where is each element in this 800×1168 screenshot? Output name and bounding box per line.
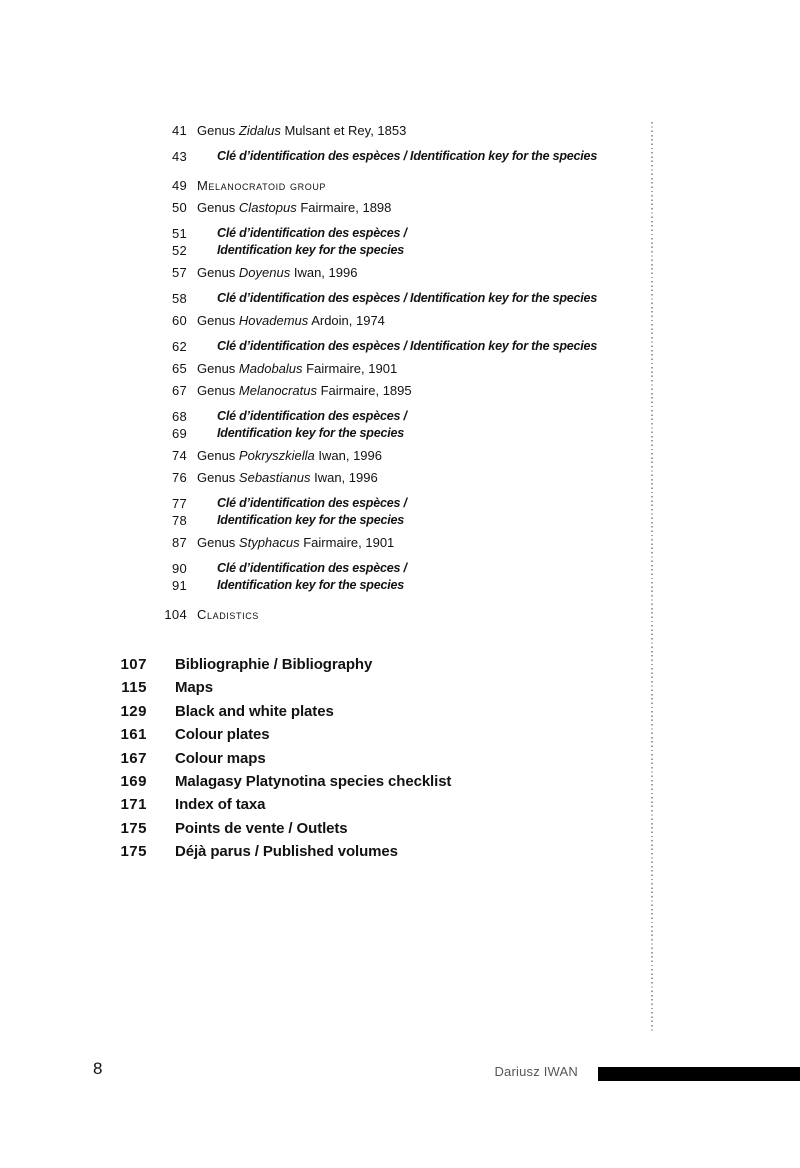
- toc-entry-genus-name: Melanocratus: [239, 383, 317, 398]
- toc-row: 74Genus Pokryszkiella Iwan, 1996: [127, 447, 627, 464]
- toc-entry-text-suffix: Iwan, 1996: [290, 265, 357, 280]
- toc-main-page-number: 167: [87, 747, 147, 770]
- toc-entry-genus-name: Zidalus: [239, 123, 281, 138]
- toc-entry-genus-name: Doyenus: [239, 265, 290, 280]
- toc-row: 69Identification key for the species: [127, 425, 627, 442]
- toc-row: 43Clé d’identification des espèces / Ide…: [127, 148, 627, 165]
- toc-entry-title: Clé d’identification des espèces /: [197, 560, 407, 577]
- toc-row: 77Clé d’identification des espèces /: [127, 495, 627, 512]
- toc-entry-title: Identification key for the species: [197, 577, 404, 594]
- toc-main-page-number: 171: [87, 793, 147, 816]
- toc-entry-text-suffix: Iwan, 1996: [310, 470, 377, 485]
- toc-main-page-number: 169: [87, 770, 147, 793]
- toc-main-page-number: 175: [87, 817, 147, 840]
- toc-entry-title: Genus Doyenus Iwan, 1996: [197, 264, 357, 281]
- toc-row: 65Genus Madobalus Fairmaire, 1901: [127, 360, 627, 377]
- toc-entry-text-prefix: Genus: [197, 535, 239, 550]
- toc-entry-page-number: 76: [127, 469, 187, 486]
- toc-row: 57Genus Doyenus Iwan, 1996: [127, 264, 627, 281]
- toc-entry-title: Genus Zidalus Mulsant et Rey, 1853: [197, 122, 406, 139]
- toc-entry-title: Genus Styphacus Fairmaire, 1901: [197, 534, 394, 551]
- toc-entry-title: Genus Melanocratus Fairmaire, 1895: [197, 382, 412, 399]
- toc-entry-page-number: 90: [127, 560, 187, 577]
- toc-row: 76Genus Sebastianus Iwan, 1996: [127, 469, 627, 486]
- toc-entry-title: Genus Clastopus Fairmaire, 1898: [197, 199, 391, 216]
- toc-entry-text-suffix: Fairmaire, 1898: [297, 200, 392, 215]
- toc-main-row: 169Malagasy Platynotina species checklis…: [87, 770, 607, 793]
- toc-row: 67Genus Melanocratus Fairmaire, 1895: [127, 382, 627, 399]
- toc-entry-text-prefix: Genus: [197, 313, 239, 328]
- toc-entry-page-number: 60: [127, 312, 187, 329]
- toc-entry-page-number: 57: [127, 264, 187, 281]
- toc-entry-title: Cladistics: [197, 606, 259, 623]
- toc-entry-title: Clé d’identification des espèces / Ident…: [197, 290, 597, 307]
- footer-author: Dariusz IWAN: [420, 1064, 578, 1079]
- toc-entry-page-number: 41: [127, 122, 187, 139]
- toc-main-page-number: 161: [87, 723, 147, 746]
- toc-entry-title: Clé d’identification des espèces /: [197, 225, 407, 242]
- toc-entry-title: Identification key for the species: [197, 242, 404, 259]
- toc-main-row: 129Black and white plates: [87, 700, 607, 723]
- toc-entry-page-number: 43: [127, 148, 187, 165]
- toc-entry-page-number: 58: [127, 290, 187, 307]
- toc-entry-genus-name: Madobalus: [239, 361, 303, 376]
- toc-main-row: 161Colour plates: [87, 723, 607, 746]
- toc-row: 62Clé d’identification des espèces / Ide…: [127, 338, 627, 355]
- toc-entry-page-number: 65: [127, 360, 187, 377]
- toc-entry-genus-name: Styphacus: [239, 535, 300, 550]
- toc-main-title: Colour maps: [175, 747, 266, 770]
- toc-entry-text-suffix: Mulsant et Rey, 1853: [281, 123, 407, 138]
- toc-entry-text-prefix: Genus: [197, 448, 239, 463]
- toc-entry-page-number: 69: [127, 425, 187, 442]
- dotted-divider-line: [651, 122, 653, 1032]
- toc-entry-text-suffix: Fairmaire, 1901: [300, 535, 395, 550]
- toc-main-list: 107Bibliographie / Bibliography115Maps12…: [87, 653, 607, 864]
- toc-entry-page-number: 62: [127, 338, 187, 355]
- toc-entry-title: Genus Hovademus Ardoin, 1974: [197, 312, 385, 329]
- toc-row: 49Melanocratoid group: [127, 177, 627, 194]
- toc-entry-title: Melanocratoid group: [197, 177, 326, 194]
- toc-entry-page-number: 68: [127, 408, 187, 425]
- toc-entry-page-number: 50: [127, 199, 187, 216]
- toc-entry-title: Genus Sebastianus Iwan, 1996: [197, 469, 378, 486]
- toc-entry-text-prefix: Genus: [197, 200, 239, 215]
- toc-main-title: Black and white plates: [175, 700, 334, 723]
- toc-main-title: Malagasy Platynotina species checklist: [175, 770, 451, 793]
- toc-entry-genus-name: Sebastianus: [239, 470, 311, 485]
- toc-row: 104Cladistics: [127, 606, 627, 623]
- toc-entry-title: Identification key for the species: [197, 425, 404, 442]
- page-number: 8: [93, 1059, 102, 1079]
- toc-row: 60Genus Hovademus Ardoin, 1974: [127, 312, 627, 329]
- toc-main-page-number: 115: [87, 676, 147, 699]
- toc-main-row: 175Points de vente / Outlets: [87, 817, 607, 840]
- toc-main-row: 107Bibliographie / Bibliography: [87, 653, 607, 676]
- toc-entry-page-number: 52: [127, 242, 187, 259]
- toc-entry-page-number: 78: [127, 512, 187, 529]
- toc-main-title: Bibliographie / Bibliography: [175, 653, 372, 676]
- toc-entry-title: Genus Pokryszkiella Iwan, 1996: [197, 447, 382, 464]
- toc-entry-text-suffix: Iwan, 1996: [315, 448, 382, 463]
- toc-entry-page-number: 87: [127, 534, 187, 551]
- toc-main-row: 171Index of taxa: [87, 793, 607, 816]
- toc-entry-text-suffix: Fairmaire, 1895: [317, 383, 412, 398]
- toc-entry-genus-name: Hovademus: [239, 313, 308, 328]
- toc-entry-page-number: 51: [127, 225, 187, 242]
- toc-entry-text-prefix: Genus: [197, 361, 239, 376]
- toc-entry-genus-name: Pokryszkiella: [239, 448, 315, 463]
- toc-row: 91Identification key for the species: [127, 577, 627, 594]
- toc-entry-page-number: 104: [127, 606, 187, 623]
- toc-entry-text-prefix: Genus: [197, 383, 239, 398]
- toc-main-row: 167Colour maps: [87, 747, 607, 770]
- toc-entry-text-suffix: Ardoin, 1974: [308, 313, 385, 328]
- toc-row: 87Genus Styphacus Fairmaire, 1901: [127, 534, 627, 551]
- toc-entry-title: Identification key for the species: [197, 512, 404, 529]
- toc-page: 41Genus Zidalus Mulsant et Rey, 185343Cl…: [0, 0, 800, 1168]
- toc-main-title: Déjà parus / Published volumes: [175, 840, 398, 863]
- toc-entry-title: Clé d’identification des espèces / Ident…: [197, 148, 597, 165]
- toc-entry-title: Clé d’identification des espèces / Ident…: [197, 338, 597, 355]
- toc-main-title: Points de vente / Outlets: [175, 817, 348, 840]
- toc-main-title: Maps: [175, 676, 213, 699]
- toc-entry-title: Clé d’identification des espèces /: [197, 495, 407, 512]
- footer-bar: [598, 1067, 800, 1081]
- toc-entry-genus-name: Clastopus: [239, 200, 297, 215]
- toc-entry-text-prefix: Genus: [197, 265, 239, 280]
- toc-main-page-number: 107: [87, 653, 147, 676]
- toc-entry-page-number: 49: [127, 177, 187, 194]
- toc-row: 50Genus Clastopus Fairmaire, 1898: [127, 199, 627, 216]
- toc-main-title: Index of taxa: [175, 793, 265, 816]
- toc-main-page-number: 129: [87, 700, 147, 723]
- toc-entry-text-prefix: Genus: [197, 123, 239, 138]
- toc-entry-text-suffix: Fairmaire, 1901: [303, 361, 398, 376]
- toc-row: 41Genus Zidalus Mulsant et Rey, 1853: [127, 122, 627, 139]
- toc-main-row: 175Déjà parus / Published volumes: [87, 840, 607, 863]
- toc-row: 68Clé d’identification des espèces /: [127, 408, 627, 425]
- toc-entry-title: Genus Madobalus Fairmaire, 1901: [197, 360, 397, 377]
- toc-entry-page-number: 74: [127, 447, 187, 464]
- toc-entry-page-number: 67: [127, 382, 187, 399]
- toc-main-row: 115Maps: [87, 676, 607, 699]
- toc-upper-list: 41Genus Zidalus Mulsant et Rey, 185343Cl…: [127, 122, 627, 623]
- toc-row: 90Clé d’identification des espèces /: [127, 560, 627, 577]
- toc-row: 52Identification key for the species: [127, 242, 627, 259]
- toc-row: 51Clé d’identification des espèces /: [127, 225, 627, 242]
- toc-entry-text-prefix: Genus: [197, 470, 239, 485]
- toc-entry-page-number: 77: [127, 495, 187, 512]
- toc-row: 58Clé d’identification des espèces / Ide…: [127, 290, 627, 307]
- toc-row: 78Identification key for the species: [127, 512, 627, 529]
- toc-entry-page-number: 91: [127, 577, 187, 594]
- toc-main-title: Colour plates: [175, 723, 270, 746]
- toc-entry-title: Clé d’identification des espèces /: [197, 408, 407, 425]
- toc-main-page-number: 175: [87, 840, 147, 863]
